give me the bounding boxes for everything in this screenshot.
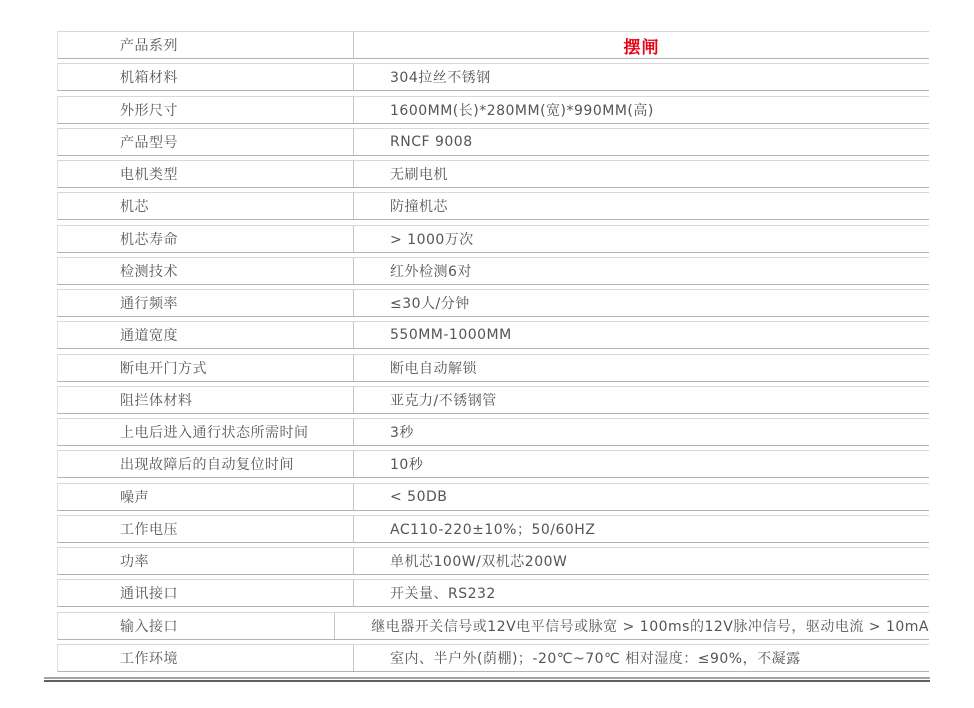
spec-label: 机芯 bbox=[58, 193, 354, 219]
series-title: 摆闸 bbox=[354, 32, 929, 58]
spec-label: 产品型号 bbox=[58, 129, 354, 155]
table-row: 功率单机芯100W/双机芯200W bbox=[57, 547, 929, 575]
spec-value: > 1000万次 bbox=[354, 226, 929, 252]
table-row: 产品系列摆闸 bbox=[57, 31, 929, 59]
table-row: 噪声< 50DB bbox=[57, 483, 929, 511]
table-row: 通讯接口开关量、RS232 bbox=[57, 579, 929, 607]
table-row: 外形尺寸1600MM(长)*280MM(宽)*990MM(高) bbox=[57, 96, 929, 124]
table-row: 机箱材料304拉丝不锈钢 bbox=[57, 63, 929, 91]
spec-label: 断电开门方式 bbox=[58, 355, 354, 381]
spec-sheet-page: 产品系列摆闸机箱材料304拉丝不锈钢外形尺寸1600MM(长)*280MM(宽)… bbox=[0, 0, 974, 708]
spec-label: 机箱材料 bbox=[58, 64, 354, 90]
table-row: 出现故障后的自动复位时间10秒 bbox=[57, 450, 929, 478]
spec-label: 通讯接口 bbox=[58, 580, 354, 606]
spec-label: 检测技术 bbox=[58, 258, 354, 284]
spec-value: 无刷电机 bbox=[354, 161, 929, 187]
table-row: 机芯防撞机芯 bbox=[57, 192, 929, 220]
spec-label: 工作电压 bbox=[58, 516, 354, 542]
spec-value: 亚克力/不锈钢管 bbox=[354, 387, 929, 413]
table-row: 阻拦体材料亚克力/不锈钢管 bbox=[57, 386, 929, 414]
spec-value: 550MM-1000MM bbox=[354, 322, 929, 348]
spec-value: 10秒 bbox=[354, 451, 929, 477]
spec-value: ≤30人/分钟 bbox=[354, 290, 929, 316]
spec-value: 红外检测6对 bbox=[354, 258, 929, 284]
table-bottom-rule bbox=[44, 677, 930, 682]
spec-label: 噪声 bbox=[58, 484, 354, 510]
spec-label: 机芯寿命 bbox=[58, 226, 354, 252]
spec-value: 单机芯100W/双机芯200W bbox=[354, 548, 929, 574]
spec-label: 阻拦体材料 bbox=[58, 387, 354, 413]
spec-label: 功率 bbox=[58, 548, 354, 574]
spec-value: 1600MM(长)*280MM(宽)*990MM(高) bbox=[354, 97, 929, 123]
spec-value: 断电自动解锁 bbox=[354, 355, 929, 381]
table-row: 电机类型无刷电机 bbox=[57, 160, 929, 188]
spec-value: AC110-220±10%；50/60HZ bbox=[354, 516, 929, 542]
spec-value: 室内、半户外(荫棚)；-20℃~70℃ 相对湿度：≤90%，不凝露 bbox=[354, 645, 929, 671]
spec-label: 外形尺寸 bbox=[58, 97, 354, 123]
spec-value: < 50DB bbox=[354, 484, 929, 510]
spec-value: 防撞机芯 bbox=[354, 193, 929, 219]
spec-label: 通道宽度 bbox=[58, 322, 354, 348]
spec-label: 上电后进入通行状态所需时间 bbox=[58, 419, 354, 445]
table-row: 产品型号RNCF 9008 bbox=[57, 128, 929, 156]
table-row: 上电后进入通行状态所需时间3秒 bbox=[57, 418, 929, 446]
spec-label: 通行频率 bbox=[58, 290, 354, 316]
spec-value: 3秒 bbox=[354, 419, 929, 445]
table-row: 通道宽度550MM-1000MM bbox=[57, 321, 929, 349]
table-row: 检测技术红外检测6对 bbox=[57, 257, 929, 285]
spec-label: 输入接口 bbox=[58, 613, 335, 639]
table-row: 工作电压AC110-220±10%；50/60HZ bbox=[57, 515, 929, 543]
spec-label: 电机类型 bbox=[58, 161, 354, 187]
spec-value: 开关量、RS232 bbox=[354, 580, 929, 606]
table-row: 断电开门方式断电自动解锁 bbox=[57, 354, 929, 382]
spec-label: 工作环境 bbox=[58, 645, 354, 671]
spec-value: RNCF 9008 bbox=[354, 129, 929, 155]
table-row: 工作环境室内、半户外(荫棚)；-20℃~70℃ 相对湿度：≤90%，不凝露 bbox=[57, 644, 929, 672]
table-row: 通行频率≤30人/分钟 bbox=[57, 289, 929, 317]
table-row: 机芯寿命> 1000万次 bbox=[57, 225, 929, 253]
table-row: 输入接口继电器开关信号或12V电平信号或脉宽 > 100ms的12V脉冲信号，驱… bbox=[57, 612, 929, 640]
spec-value: 继电器开关信号或12V电平信号或脉宽 > 100ms的12V脉冲信号，驱动电流 … bbox=[335, 613, 929, 639]
spec-label: 出现故障后的自动复位时间 bbox=[58, 451, 354, 477]
spec-label: 产品系列 bbox=[58, 32, 354, 58]
spec-table: 产品系列摆闸机箱材料304拉丝不锈钢外形尺寸1600MM(长)*280MM(宽)… bbox=[57, 31, 929, 672]
spec-value: 304拉丝不锈钢 bbox=[354, 64, 929, 90]
